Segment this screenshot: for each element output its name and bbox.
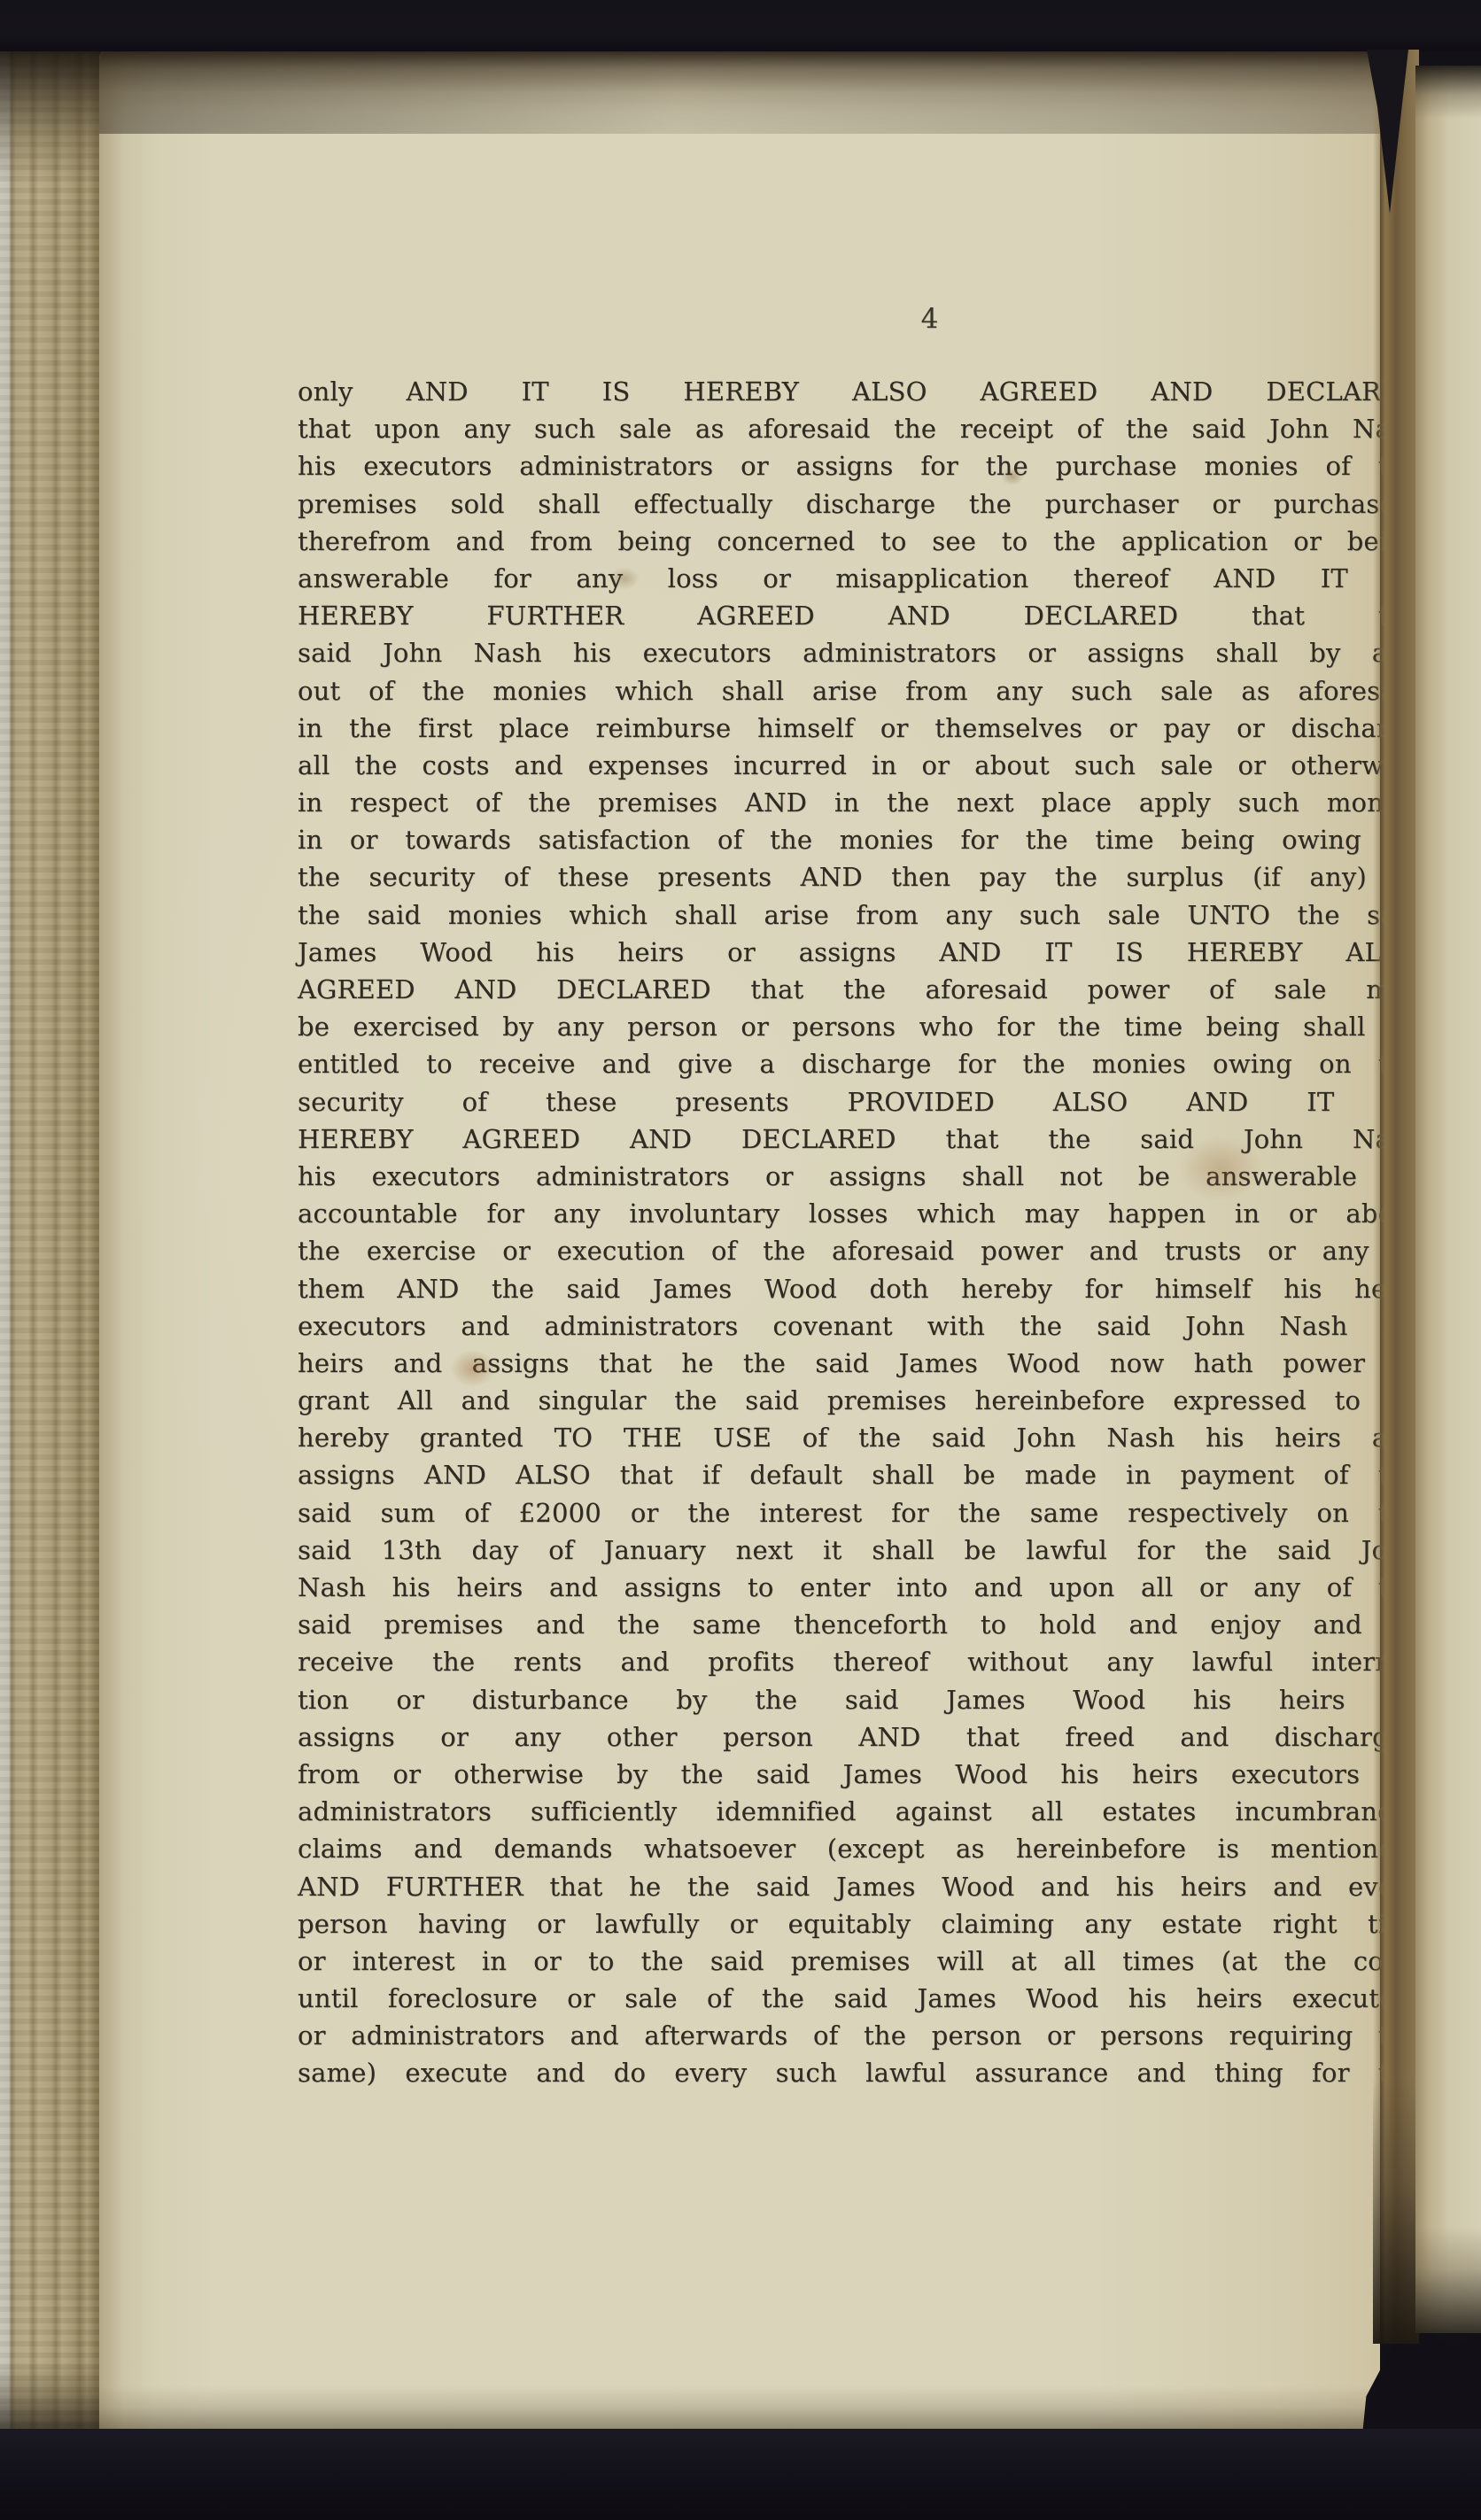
text-line: his executors administrators or assigns … [298, 447, 1421, 485]
text-line: said 13th day of January next it shall b… [298, 1531, 1421, 1569]
text-line: be exercised by any person or persons wh… [298, 1008, 1421, 1045]
text-line: said John Nash his executors administrat… [298, 634, 1421, 671]
next-page-edge [1415, 66, 1481, 2333]
text-line: the exercise or execution of the aforesa… [298, 1232, 1421, 1269]
text-line: that upon any such sale as aforesaid the… [298, 410, 1421, 447]
text-line: said premises and the same thenceforth t… [298, 1606, 1421, 1643]
text-line: James Wood his heirs or assigns AND IT I… [298, 934, 1421, 971]
text-line: Nash his heirs and assigns to enter into… [298, 1569, 1421, 1606]
text-line: or administrators and afterwards of the … [298, 2017, 1421, 2054]
text-line: AGREED AND DECLARED that the aforesaid p… [298, 971, 1421, 1008]
text-line: claims and demands whatsoever (except as… [298, 1830, 1421, 1867]
text-line: heirs and assigns that he the said James… [298, 1345, 1421, 1382]
text-line: administrators sufficiently idemnified a… [298, 1793, 1421, 1830]
text-line: until foreclosure or sale of the said Ja… [298, 1980, 1421, 2017]
text-line: assigns or any other person AND that fre… [298, 1718, 1421, 1756]
text-line: grant All and singular the said premises… [298, 1382, 1421, 1419]
text-line: security of these presents PROVIDED ALSO… [298, 1083, 1421, 1120]
text-line: them AND the said James Wood doth hereby… [298, 1270, 1421, 1307]
text-line: same) execute and do every such lawful a… [298, 2054, 1421, 2091]
text-line: out of the monies which shall arise from… [298, 672, 1421, 709]
book-cover-top [0, 0, 1481, 51]
text-line: HEREBY AGREED AND DECLARED that the said… [298, 1120, 1421, 1158]
text-line: tion or disturbance by the said James Wo… [298, 1681, 1421, 1718]
text-line: AND FURTHER that he the said James Wood … [298, 1868, 1421, 1905]
text-line: in respect of the premises AND in the ne… [298, 784, 1421, 821]
text-line: accountable for any involuntary losses w… [298, 1195, 1421, 1232]
text-line: hereby granted TO THE USE of the said Jo… [298, 1419, 1421, 1456]
document-text: only AND IT IS HEREBY ALSO AGREED AND DE… [298, 373, 1421, 2092]
text-line: or interest in or to the said premises w… [298, 1942, 1421, 1980]
text-line: HEREBY FURTHER AGREED AND DECLARED that … [298, 597, 1421, 634]
text-line: his executors administrators or assigns … [298, 1158, 1421, 1195]
book-scan: 4 only AND IT IS HEREBY ALSO AGREED AND … [0, 0, 1481, 2520]
text-line: executors and administrators covenant wi… [298, 1307, 1421, 1345]
text-line: receive the rents and profits thereof wi… [298, 1643, 1421, 1680]
text-line: only AND IT IS HEREBY ALSO AGREED AND DE… [298, 373, 1421, 410]
page-number: 4 [903, 303, 957, 335]
text-line: from or otherwise by the said James Wood… [298, 1756, 1421, 1793]
text-line: the security of these presents AND then … [298, 858, 1421, 896]
text-line: all the costs and expenses incurred in o… [298, 747, 1421, 784]
book-cover-bottom [0, 2429, 1481, 2520]
text-line: entitled to receive and give a discharge… [298, 1045, 1421, 1082]
text-line: premises sold shall effectually discharg… [298, 485, 1421, 523]
text-line: said sum of £2000 or the interest for th… [298, 1494, 1421, 1531]
page-edges-left [0, 50, 105, 2432]
text-line: person having or lawfully or equitably c… [298, 1905, 1421, 1942]
text-line: therefrom and from being concerned to se… [298, 523, 1421, 560]
gutter-shadow [1373, 50, 1419, 2344]
text-line: assigns AND ALSO that if default shall b… [298, 1456, 1421, 1493]
text-line: in or towards satisfaction of the monies… [298, 821, 1421, 858]
text-line: answerable for any loss or misapplicatio… [298, 560, 1421, 597]
text-line: the said monies which shall arise from a… [298, 896, 1421, 934]
text-line: in the first place reimburse himself or … [298, 709, 1421, 747]
